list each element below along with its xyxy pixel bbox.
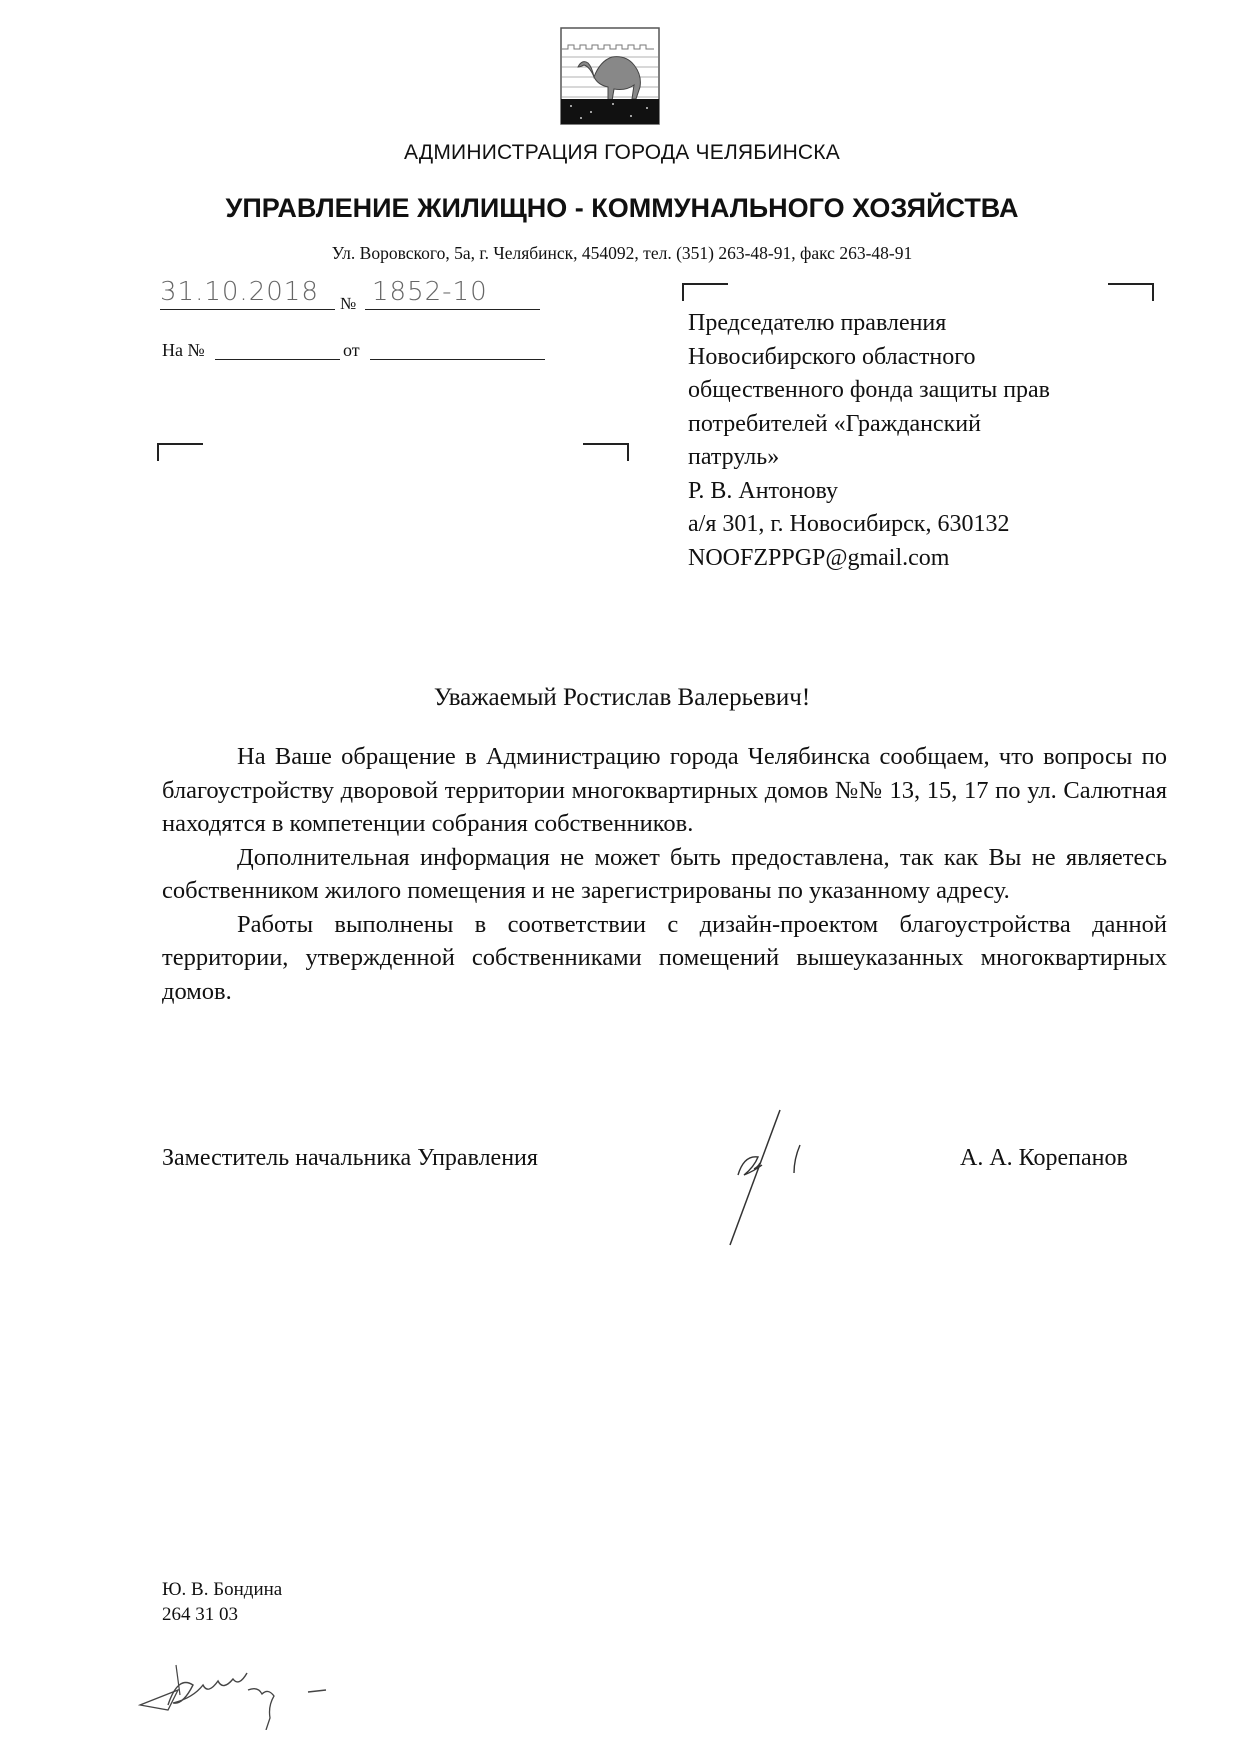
visa-signature-icon: [138, 1660, 348, 1730]
paragraph: Дополнительная информация не может быть …: [162, 841, 1167, 908]
recipient-email: NOOFZPPGP@gmail.com: [688, 542, 1050, 576]
recipient-block: Председателю правления Новосибирского об…: [688, 307, 1050, 575]
executor-phone: 264 31 03: [162, 1602, 282, 1627]
recipient-corner-left: [682, 283, 728, 301]
letter-body: На Ваше обращение в Администрацию города…: [162, 740, 1167, 1008]
reference-number-field: [215, 359, 340, 360]
reference-number-label: На №: [162, 340, 205, 361]
executor-block: Ю. В. Бондина 264 31 03: [162, 1577, 282, 1627]
recipient-line: общественного фонда защиты прав: [688, 374, 1050, 408]
outgoing-date: 31.10.2018: [160, 277, 319, 307]
signatory-name: А. А. Корепанов: [960, 1145, 1128, 1172]
reference-from-label: от: [343, 340, 360, 361]
corner-mark-top-left: [157, 443, 203, 461]
recipient-line: Новосибирского областного: [688, 341, 1050, 375]
department-name: УПРАВЛЕНИЕ ЖИЛИЩНО - КОММУНАЛЬНОГО ХОЗЯЙ…: [0, 193, 1244, 224]
greeting: Уважаемый Ростислав Валерьевич!: [0, 684, 1244, 712]
reference-date-field: [370, 359, 545, 360]
recipient-line: потребителей «Гражданский: [688, 408, 1050, 442]
number-underline: [365, 309, 540, 310]
recipient-line: Председателю правления: [688, 307, 1050, 341]
executor-name: Ю. В. Бондина: [162, 1577, 282, 1602]
recipient-corner-right: [1108, 283, 1154, 301]
recipient-address: а/я 301, г. Новосибирск, 630132: [688, 508, 1050, 542]
recipient-line: патруль»: [688, 441, 1050, 475]
administration-name: АДМИНИСТРАЦИЯ ГОРОДА ЧЕЛЯБИНСКА: [0, 141, 1244, 165]
corner-mark-top-right: [583, 443, 629, 461]
recipient-name: Р. В. Антонову: [688, 475, 1050, 509]
department-address: Ул. Воровского, 5а, г. Челябинск, 454092…: [0, 243, 1244, 264]
date-underline: [160, 309, 335, 310]
signatory-title: Заместитель начальника Управления: [162, 1145, 538, 1172]
paragraph: Работы выполнены в соответствии с дизайн…: [162, 908, 1167, 1009]
number-label: №: [340, 294, 356, 314]
outgoing-number: 1852-10: [372, 277, 488, 307]
handwritten-signature-icon: [720, 1105, 870, 1250]
coat-of-arms-icon: [560, 27, 660, 125]
paragraph: На Ваше обращение в Администрацию города…: [162, 740, 1167, 841]
